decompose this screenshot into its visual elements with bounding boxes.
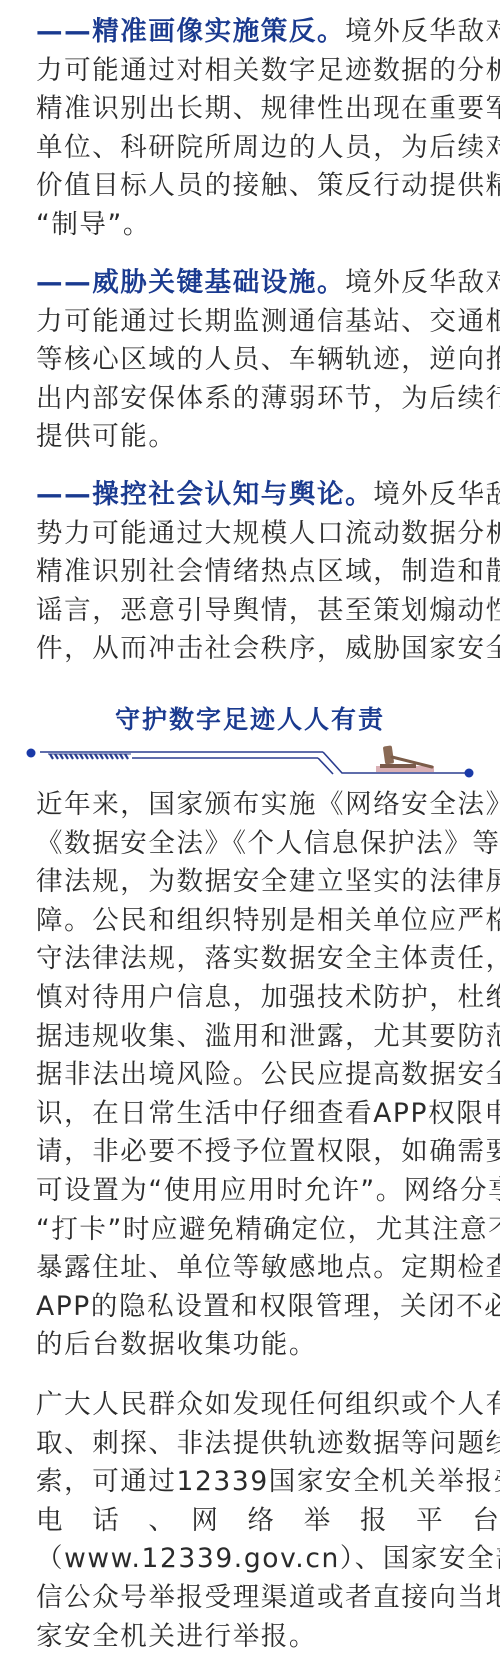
threat-paragraph-public-opinion: ——操控社会认知与舆论。境外反华敌对 势力可能通过大规模人口流动数据分析， 精准…	[36, 476, 464, 669]
text-line: 守法律法规，落实数据安全主体责任，审	[36, 940, 464, 979]
paragraph-lead-heading: ——精准画像实施策反。	[36, 16, 345, 47]
divider-dot-right-icon	[465, 769, 474, 778]
body-paragraph-laws: 近年来，国家颁布实施《网络安全法》 《数据安全法》《个人信息保护法》等法 律法规…	[36, 786, 464, 1365]
text-line: 势力可能通过大规模人口流动数据分析，	[36, 515, 464, 554]
text-line: 价值目标人员的接触、策反行动提供精确	[36, 167, 464, 206]
text-line: 等核心区域的人员、车辆轨迹，逆向推断	[36, 341, 464, 380]
text-line: 力可能通过对相关数字足迹数据的分析，	[36, 52, 464, 91]
gavel-icon	[376, 745, 434, 772]
text-line: 可设置为“使用应用时允许”。网络分享、	[36, 1172, 464, 1211]
threat-paragraph-precise-profiling: ——精准画像实施策反。境外反华敌对势 力可能通过对相关数字足迹数据的分析， 精准…	[36, 13, 464, 245]
text-line: 谣言，恶意引导舆情，甚至策划煽动性事	[36, 592, 464, 631]
text-line: 境外反华敌对势	[345, 16, 500, 47]
text-line: 出内部安保体系的薄弱环节，为后续行动	[36, 380, 464, 419]
text-line: 索，可通过12339国家安全机关举报受理	[36, 1463, 464, 1502]
text-line: 律法规，为数据安全建立坚实的法律屏	[36, 863, 464, 902]
text-line: APP的隐私设置和权限管理，关闭不必要	[36, 1288, 464, 1327]
paragraph-lead-heading: ——威胁关键基础设施。	[36, 267, 345, 298]
text-line: 境外反华敌对势	[345, 267, 500, 298]
text-line: “打卡”时应避免精确定位，尤其注意不要	[36, 1211, 464, 1250]
text-line: 境外反华敌对	[373, 479, 500, 510]
text-line: 家安全机关进行举报。	[36, 1618, 464, 1657]
text-line: 广大人民群众如发现任何组织或个人有窃	[36, 1386, 464, 1425]
text-line: 精准识别出长期、规律性出现在重要军工	[36, 90, 464, 129]
text-line: 障。公民和组织特别是相关单位应严格遵	[36, 902, 464, 941]
threat-paragraph-infrastructure: ——威胁关键基础设施。境外反华敌对势 力可能通过长期监测通信基站、交通枢纽 等核…	[36, 264, 464, 457]
text-line: 提供可能。	[36, 418, 464, 457]
text-line: 单位、科研院所周边的人员，为后续对有	[36, 129, 464, 168]
text-line: 精准识别社会情绪热点区域，制造和散播	[36, 553, 464, 592]
text-line: 识，在日常生活中仔细查看APP权限申	[36, 1095, 464, 1134]
paragraph-lead-heading: ——操控社会认知与舆论。	[36, 479, 373, 510]
section-title: 守护数字足迹人人有责	[0, 700, 500, 736]
text-line: 慎对待用户信息，加强技术防护，杜绝数	[36, 979, 464, 1018]
text-line: 信公众号举报受理渠道或者直接向当地国	[36, 1579, 464, 1618]
text-line: 近年来，国家颁布实施《网络安全法》	[36, 786, 464, 825]
text-line: 请，非必要不授予位置权限，如确需要，	[36, 1133, 464, 1172]
text-line: 的后台数据收集功能。	[36, 1326, 464, 1365]
text-line: 取、刺探、非法提供轨迹数据等问题线	[36, 1425, 464, 1464]
body-paragraph-reporting: 广大人民群众如发现任何组织或个人有窃 取、刺探、非法提供轨迹数据等问题线 索，可…	[36, 1386, 464, 1656]
text-line: 暴露住址、单位等敏感地点。定期检查	[36, 1249, 464, 1288]
text-line: 件，从而冲击社会秩序，威胁国家安全。	[36, 630, 464, 669]
text-line: 电 话 、 网 络 举 报 平 台	[36, 1502, 464, 1541]
text-line: “制导”。	[36, 206, 464, 245]
text-line: 《数据安全法》《个人信息保护法》等法	[36, 825, 464, 864]
report-website-line: （www.12339.gov.cn）、国家安全部微	[36, 1540, 464, 1579]
text-line: 据违规收集、滥用和泄露，尤其要防范数	[36, 1018, 464, 1057]
text-line: 力可能通过长期监测通信基站、交通枢纽	[36, 303, 464, 342]
text-line: 据非法出境风险。公民应提高数据安全意	[36, 1056, 464, 1095]
divider-dot-left-icon	[27, 749, 36, 758]
